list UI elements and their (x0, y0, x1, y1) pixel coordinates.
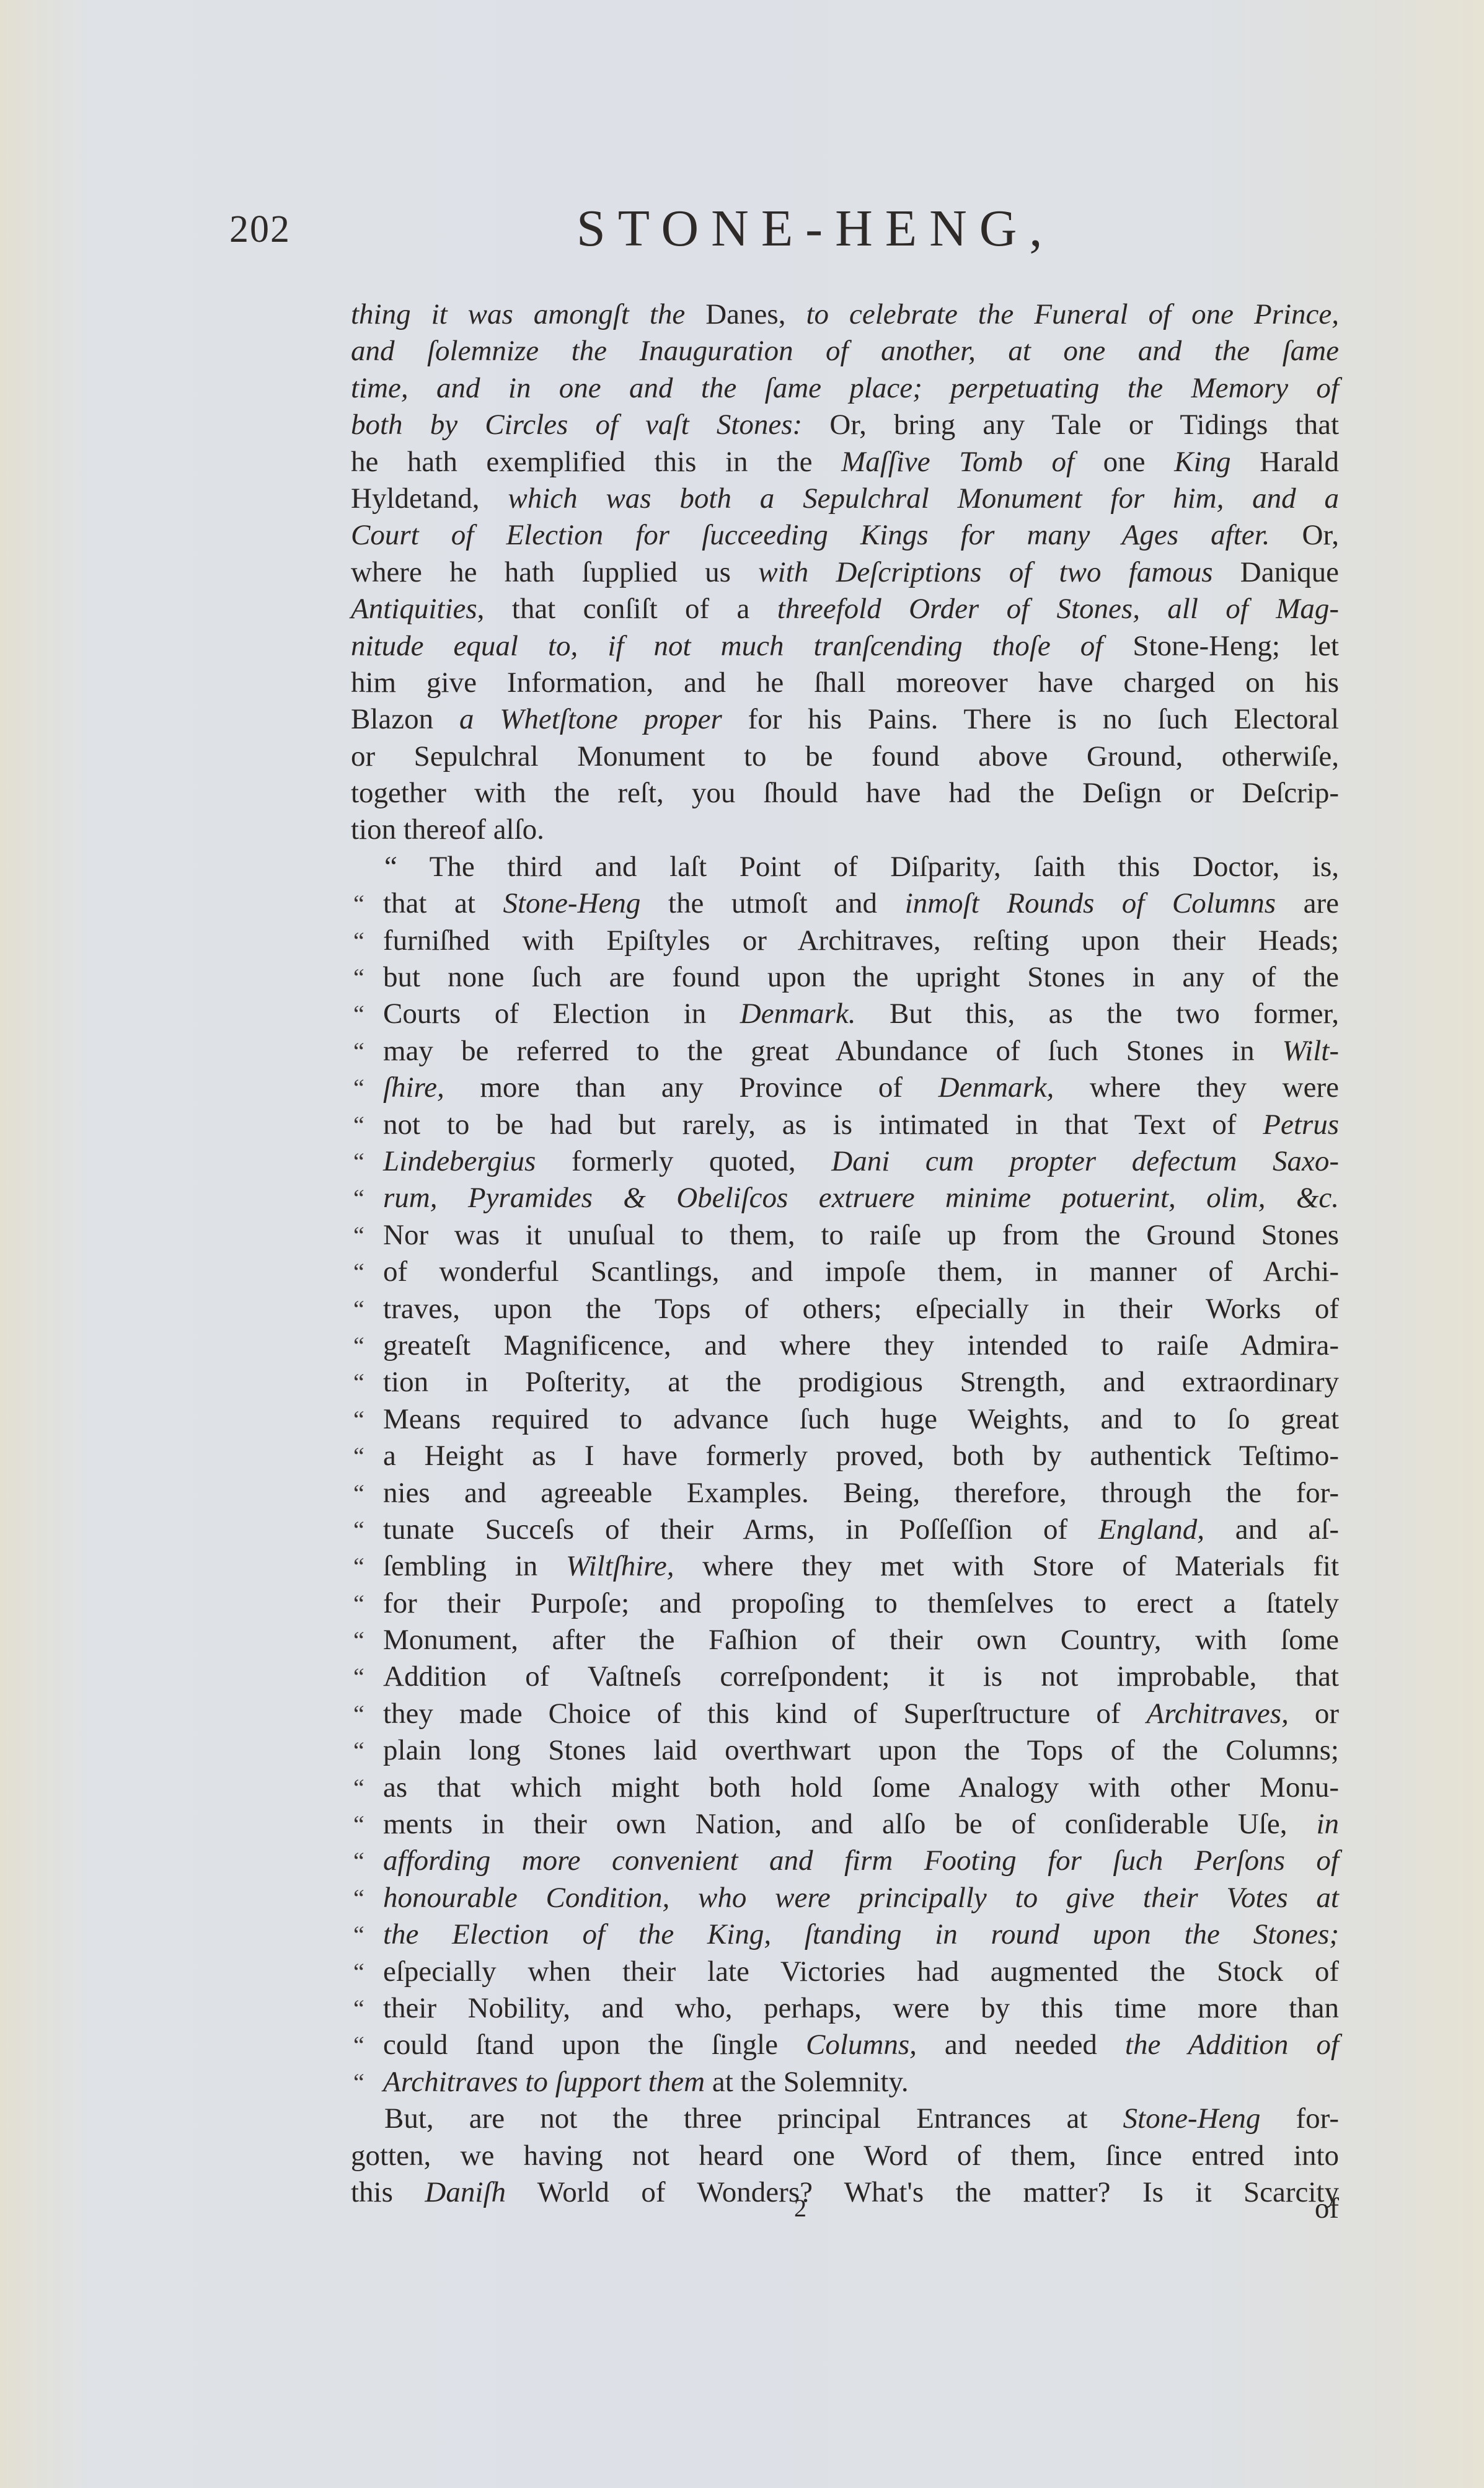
text-line: Court of Election for ſucceeding Kings f… (351, 517, 1339, 554)
quoted-text-line: nies and agreeable Examples. Being, ther… (351, 1475, 1339, 1512)
quoted-text-line: Courts of Election in Denmark. But this,… (351, 996, 1339, 1032)
quoted-text-line: for their Purpoſe; and propoſing to them… (351, 1585, 1339, 1622)
quoted-text-line: ſembling in Wiltſhire, where they met wi… (351, 1548, 1339, 1585)
book-page: 202 STONE-HENG, thing it was amongſt the… (0, 0, 1484, 2488)
quoted-text-line: tion in Poſterity, at the prodigious Str… (351, 1364, 1339, 1401)
text-line: and ſolemnize the Inauguration of anothe… (351, 333, 1339, 370)
quoted-text-line: affording more convenient and firm Footi… (351, 1843, 1339, 1879)
quoted-text-line: that at Stone-Heng the utmoſt and inmoſt… (351, 885, 1339, 922)
quoted-text-line: honourable Condition, who were principal… (351, 1880, 1339, 1916)
text-line: Blazon a Whetſtone proper for his Pains.… (351, 701, 1339, 738)
body-text: thing it was amongſt the Danes, to celeb… (351, 296, 1339, 2211)
text-line: nitude equal to, if not much tranſcendin… (351, 628, 1339, 665)
quoted-text-line: but none ſuch are found upon the upright… (351, 959, 1339, 996)
quoted-text-line: Addition of Vaſtneſs correſpondent; it i… (351, 1658, 1339, 1695)
page-number: 202 (229, 208, 291, 252)
text-line: where he hath ſupplied us with Deſcripti… (351, 554, 1339, 591)
quoted-text-line: Nor was it unuſual to them, to raiſe up … (351, 1217, 1339, 1254)
quoted-text-line: they made Choice of this kind of Superſt… (351, 1696, 1339, 1732)
quoted-text-line: traves, upon the Tops of others; eſpecia… (351, 1291, 1339, 1327)
quoted-text-line: plain long Stones laid overthwart upon t… (351, 1732, 1339, 1769)
text-line: him give Information, and he ſhall moreo… (351, 665, 1339, 701)
quoted-text-line: ſhire, more than any Province of Denmark… (351, 1069, 1339, 1106)
quoted-text-line: eſpecially when their late Victories had… (351, 1954, 1339, 1990)
quoted-text-line: the Election of the King, ſtanding in ro… (351, 1916, 1339, 1953)
text-line: Antiquities, that conſiſt of a threefold… (351, 591, 1339, 627)
signature-mark: 2 (794, 2190, 806, 2227)
text-line: or Sepulchral Monument to be found above… (351, 738, 1339, 775)
quoted-text-line: greateſt Magnificence, and where they in… (351, 1327, 1339, 1364)
quoted-text-line: as that which might both hold ſome Analo… (351, 1769, 1339, 1806)
quoted-text-line: furniſhed with Epiſtyles or Architraves,… (351, 923, 1339, 959)
quoted-text-line: Monument, after the Faſhion of their own… (351, 1622, 1339, 1658)
quoted-text-line: Lindebergius formerly quoted, Dani cum p… (351, 1143, 1339, 1180)
running-head-title: STONE-HENG, (576, 198, 1054, 259)
quoted-text-line: not to be had but rarely, as is intimate… (351, 1107, 1339, 1143)
text-line: Hyldetand, which was both a Sepulchral M… (351, 480, 1339, 517)
page-footer: 2 of (351, 2190, 1339, 2227)
catchword: of (1315, 2190, 1339, 2227)
text-line: time, and in one and the ſame place; per… (351, 370, 1339, 407)
text-line: gotten, we having not heard one Word of … (351, 2138, 1339, 2174)
quoted-text-line: their Nobility, and who, perhaps, were b… (351, 1990, 1339, 2027)
text-line: “ The third and laſt Point of Diſparity,… (351, 849, 1339, 885)
quoted-text-line: rum, Pyramides & Obeliſcos extruere mini… (351, 1180, 1339, 1216)
text-line: tion thereof alſo. (351, 812, 1339, 848)
quoted-text-line: of wonderful Scantlings, and impoſe them… (351, 1254, 1339, 1290)
quoted-text-line: Means required to advance ſuch huge Weig… (351, 1401, 1339, 1438)
quoted-text-line: may be referred to the great Abundance o… (351, 1033, 1339, 1069)
quoted-text-line: ments in their own Nation, and alſo be o… (351, 1806, 1339, 1843)
quoted-text-line: could ſtand upon the ſingle Columns, and… (351, 2027, 1339, 2063)
text-line: together with the reſt, you ſhould have … (351, 775, 1339, 812)
quoted-text-line: tunate Succeſs of their Arms, in Poſſeſſ… (351, 1512, 1339, 1548)
text-line: But, are not the three principal Entranc… (351, 2101, 1339, 2137)
text-line: he hath exemplified this in the Maſſive … (351, 444, 1339, 480)
text-line: both by Circles of vaſt Stones: Or, brin… (351, 407, 1339, 443)
text-line: thing it was amongſt the Danes, to celeb… (351, 296, 1339, 333)
quoted-text-line: a Height as I have formerly proved, both… (351, 1438, 1339, 1474)
quoted-text-line: Architraves to ſupport them at the Solem… (351, 2064, 1339, 2101)
